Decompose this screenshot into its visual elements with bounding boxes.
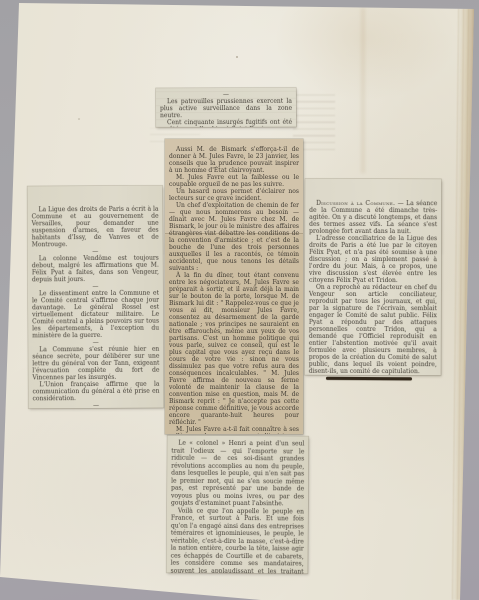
paragraph: L'Union française affirme que la communi…: [32, 381, 159, 403]
paragraph: Cent cinquante insurgés fugitifs ont été…: [160, 119, 292, 127]
clipping-colonel-henri: Le « colonel » Henri a peint d'un seul t…: [167, 436, 309, 574]
paper-speck: [78, 118, 80, 120]
paragraph: Un chef d'exploitation de chemin de fer …: [169, 202, 299, 272]
section-divider: —: [32, 340, 159, 346]
paragraph: Voilà ce que l'on appelle le peuple en F…: [171, 507, 304, 573]
paragraph: Le dissentiment entre la Commune et le C…: [32, 290, 159, 340]
paragraph: L'adresse conciliatrice de la Ligue des …: [309, 235, 437, 284]
paragraph: Les patrouilles prussiennes exercent la …: [160, 98, 292, 119]
section-divider: —: [160, 92, 292, 97]
clipping-bismark-favre: Aussi M. de Bismark s'efforça-t-il de do…: [165, 139, 303, 434]
paragraph: Le « colonel » Henri a peint d'un seul t…: [171, 440, 304, 508]
section-divider: —: [32, 284, 159, 290]
section-divider: —: [32, 249, 159, 255]
photo-background: — Les patrouilles prussiennes exercent l…: [0, 0, 479, 600]
paper-speck: [236, 56, 238, 58]
album-page: — Les patrouilles prussiennes exercent l…: [0, 0, 479, 600]
clipping-ligue-des-droits: La Ligue des droits de Paris a écrit à l…: [27, 186, 163, 409]
paragraph: La Ligue des droits de Paris a écrit à l…: [32, 206, 159, 249]
handwritten-ink-underline: [326, 377, 412, 380]
paragraph: Aussi M. de Bismark s'efforça-t-il de do…: [169, 146, 299, 174]
paragraph: La Commune s'est réunie hier en séance s…: [32, 346, 159, 382]
paragraph: On a reproché au rédacteur en chef du Ve…: [309, 284, 437, 375]
paragraph: La colonne Vendôme est toujours debout, …: [32, 255, 159, 284]
clipping-seam: [165, 233, 303, 234]
paragraph: M. Jules Favre eut la faiblesse ou le co…: [169, 174, 299, 188]
clipping-prussian-patrols: — Les patrouilles prussiennes exercent l…: [156, 88, 296, 127]
paragraph: À la fin du dîner, tout étant convenu en…: [169, 272, 299, 426]
paragraph: Discussion à la Commune. — La séance de …: [309, 200, 437, 235]
paper-crease: [360, 8, 366, 173]
clipping-discussion-commune: Discussion à la Commune. — La séance de …: [305, 179, 442, 375]
paragraph: M. Jules Favre a-t-il fait connaître à s…: [169, 426, 299, 434]
section-divider: —: [33, 403, 160, 409]
worn-page-edge: [452, 0, 479, 600]
paragraph: Un hasard nous permet d'éclairer nos lec…: [169, 188, 299, 202]
